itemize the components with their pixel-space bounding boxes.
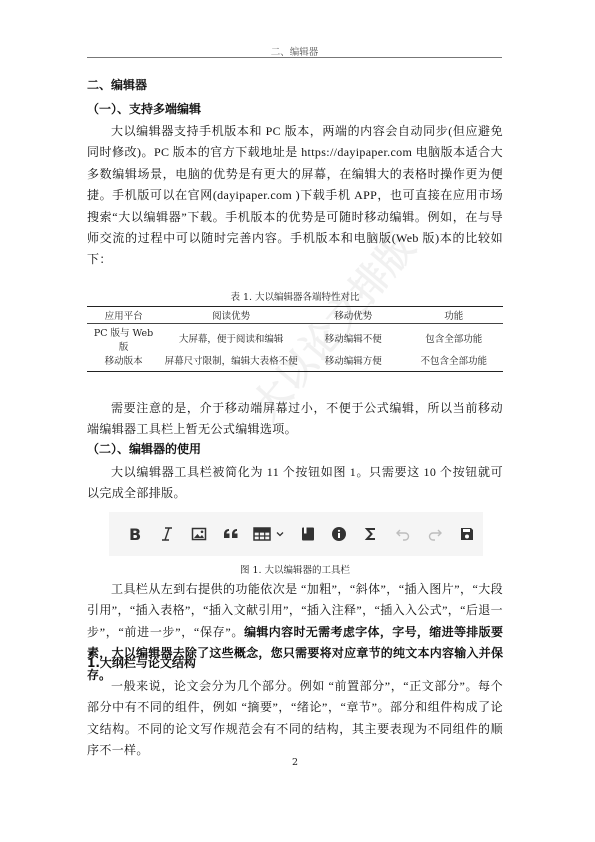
bold-button[interactable]: B	[119, 519, 151, 549]
block-quote-button[interactable]	[215, 519, 247, 549]
table-header-cell: 移动优势	[302, 307, 404, 324]
header-rule	[87, 57, 502, 58]
editor-toolbar-figure: B	[109, 512, 483, 556]
undo-icon	[395, 526, 411, 542]
paragraph-platforms: 大以编辑器支持手机版本和 PC 版本，两端的内容会自动同步(但应避免同时修改)。…	[87, 121, 503, 271]
paragraph-thesis-structure: 一般来说，论文会分为几个部分。例如 “前置部分”，“正文部分”。每个部分中有不同…	[87, 676, 503, 762]
table-row: 移动版本 屏幕尺寸限制，编辑大表格不便 移动编辑方便 不包含全部功能	[87, 355, 503, 372]
table-cell: 不包含全部功能	[404, 355, 503, 372]
table-cell: PC 版与 Web 版	[87, 324, 160, 356]
italic-icon	[159, 526, 175, 542]
insert-image-button[interactable]	[183, 519, 215, 549]
table-cell: 移动版本	[87, 355, 160, 372]
document-page: 二、编辑器 大以论文排版 二、编辑器 （一）、支持多端编辑 大以编辑器支持手机版…	[0, 0, 595, 842]
save-button[interactable]	[451, 519, 483, 549]
image-icon	[191, 526, 207, 542]
redo-button[interactable]	[419, 519, 451, 549]
subheading-outline: 1.大纲栏与论文结构	[87, 654, 196, 671]
subsection-heading-multi-platform: （一）、支持多端编辑	[87, 100, 201, 117]
bold-icon: B	[127, 526, 143, 542]
table-header-row: 应用平台 阅读优势 移动优势 功能	[87, 307, 503, 324]
book-icon	[300, 526, 316, 542]
table-header-cell: 应用平台	[87, 307, 160, 324]
redo-icon	[427, 526, 443, 542]
paragraph-toolbar-intro: 大以编辑器工具栏被简化为 11 个按钮如图 1。只需要这 10 个按钮就可以完成…	[87, 462, 503, 505]
page-number: 2	[87, 757, 503, 768]
insert-note-button[interactable]	[323, 519, 355, 549]
chevron-down-icon	[275, 529, 285, 539]
comparison-table: 应用平台 阅读优势 移动优势 功能 PC 版与 Web 版 大屏幕，便于阅读和编…	[87, 306, 503, 372]
italic-button[interactable]	[151, 519, 183, 549]
table-cell: 屏幕尺寸限制，编辑大表格不便	[160, 355, 302, 372]
paragraph-mobile-note: 需要注意的是，介于移动端屏幕过小，不便于公式编辑，所以当前移动端编辑器工具栏上暂…	[87, 398, 503, 441]
section-heading: 二、编辑器	[87, 76, 147, 93]
table-icon	[253, 526, 271, 542]
table-cell: 大屏幕，便于阅读和编辑	[160, 324, 302, 356]
table-row: PC 版与 Web 版 大屏幕，便于阅读和编辑 移动编辑不便 包含全部功能	[87, 324, 503, 356]
quote-icon	[223, 526, 239, 542]
insert-formula-button[interactable]	[355, 519, 387, 549]
table-header-cell: 功能	[404, 307, 503, 324]
insert-citation-button[interactable]	[292, 519, 324, 549]
insert-table-button[interactable]	[247, 519, 292, 549]
table-cell: 移动编辑方便	[302, 355, 404, 372]
info-icon	[331, 526, 347, 542]
undo-button[interactable]	[387, 519, 419, 549]
sigma-icon	[363, 526, 379, 542]
table-cell: 移动编辑不便	[302, 324, 404, 356]
save-icon	[459, 526, 475, 542]
svg-text:B: B	[129, 526, 141, 542]
figure-caption: 图 1. 大以编辑器的工具栏	[87, 562, 503, 576]
table-caption: 表 1. 大以编辑器各端特性对比	[87, 289, 503, 303]
subsection-heading-usage: （二）、编辑器的使用	[87, 440, 201, 457]
table-cell: 包含全部功能	[404, 324, 503, 356]
running-header: 二、编辑器	[87, 44, 502, 58]
table-header-cell: 阅读优势	[160, 307, 302, 324]
